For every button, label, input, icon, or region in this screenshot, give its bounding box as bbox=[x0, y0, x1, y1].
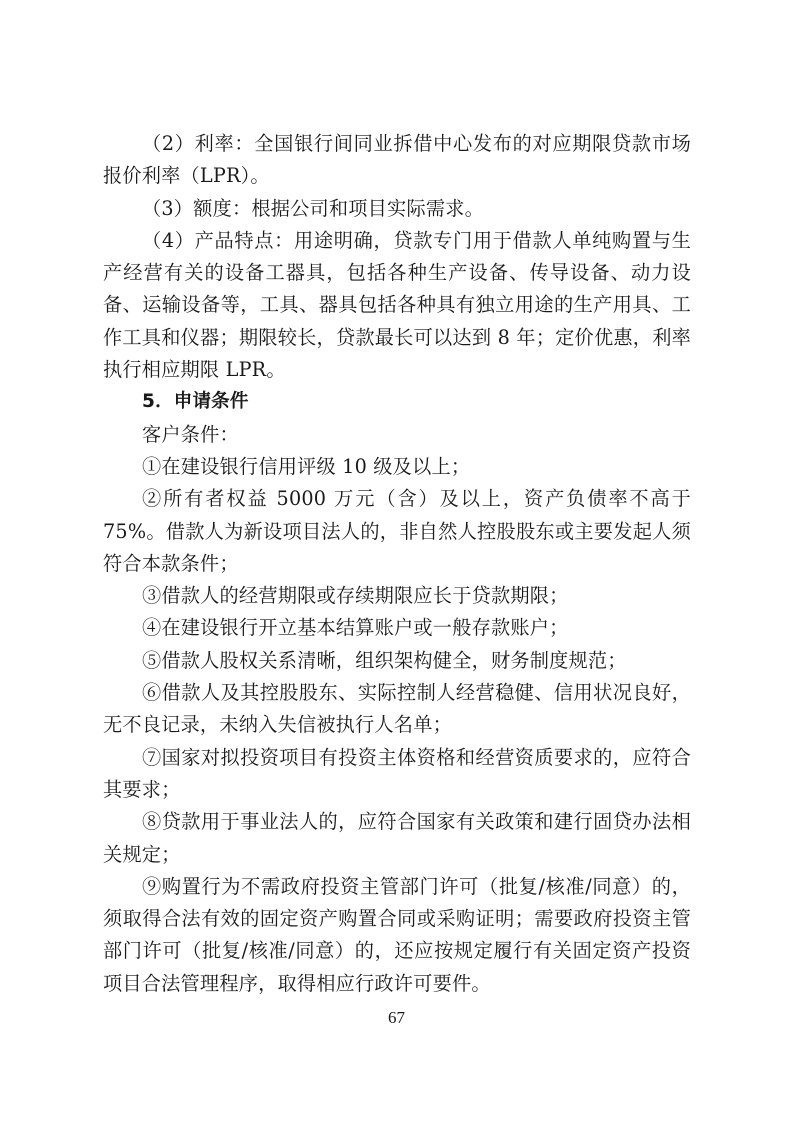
condition-item: ⑨购置行为不需政府投资主管部门许可（批复/核准/同意）的，须取得合法有效的固定资… bbox=[103, 871, 691, 1000]
page-number: 67 bbox=[0, 1008, 793, 1028]
condition-item: ②所有者权益 5000 万元（含）及以上，资产负债率不高于 75%。借款人为新设… bbox=[103, 483, 691, 580]
condition-item: ①在建设银行信用评级 10 级及以上； bbox=[103, 451, 691, 483]
condition-item: ④在建设银行开立基本结算账户或一般存款账户； bbox=[103, 612, 691, 644]
condition-item: ⑧贷款用于事业法人的，应符合国家有关政策和建行固贷办法相关规定； bbox=[103, 806, 691, 871]
customer-conditions-label: 客户条件： bbox=[103, 419, 691, 451]
condition-item: ⑤借款人股权关系清晰，组织架构健全，财务制度规范； bbox=[103, 645, 691, 677]
section-heading: 5．申请条件 bbox=[103, 386, 691, 418]
condition-item: ⑦国家对拟投资项目有投资主体资格和经营资质要求的，应符合其要求； bbox=[103, 742, 691, 807]
paragraph-interest-rate: （2）利率：全国银行间同业拆借中心发布的对应期限贷款市场报价利率（LPR）。 bbox=[103, 128, 691, 193]
paragraph-amount: （3）额度：根据公司和项目实际需求。 bbox=[103, 193, 691, 225]
document-body: （2）利率：全国银行间同业拆借中心发布的对应期限贷款市场报价利率（LPR）。 （… bbox=[103, 128, 691, 1000]
paragraph-product-features: （4）产品特点：用途明确，贷款专门用于借款人单纯购置与生产经营有关的设备工器具，… bbox=[103, 225, 691, 386]
condition-item: ③借款人的经营期限或存续期限应长于贷款期限； bbox=[103, 580, 691, 612]
condition-item: ⑥借款人及其控股股东、实际控制人经营稳健、信用状况良好，无不良记录，未纳入失信被… bbox=[103, 677, 691, 742]
